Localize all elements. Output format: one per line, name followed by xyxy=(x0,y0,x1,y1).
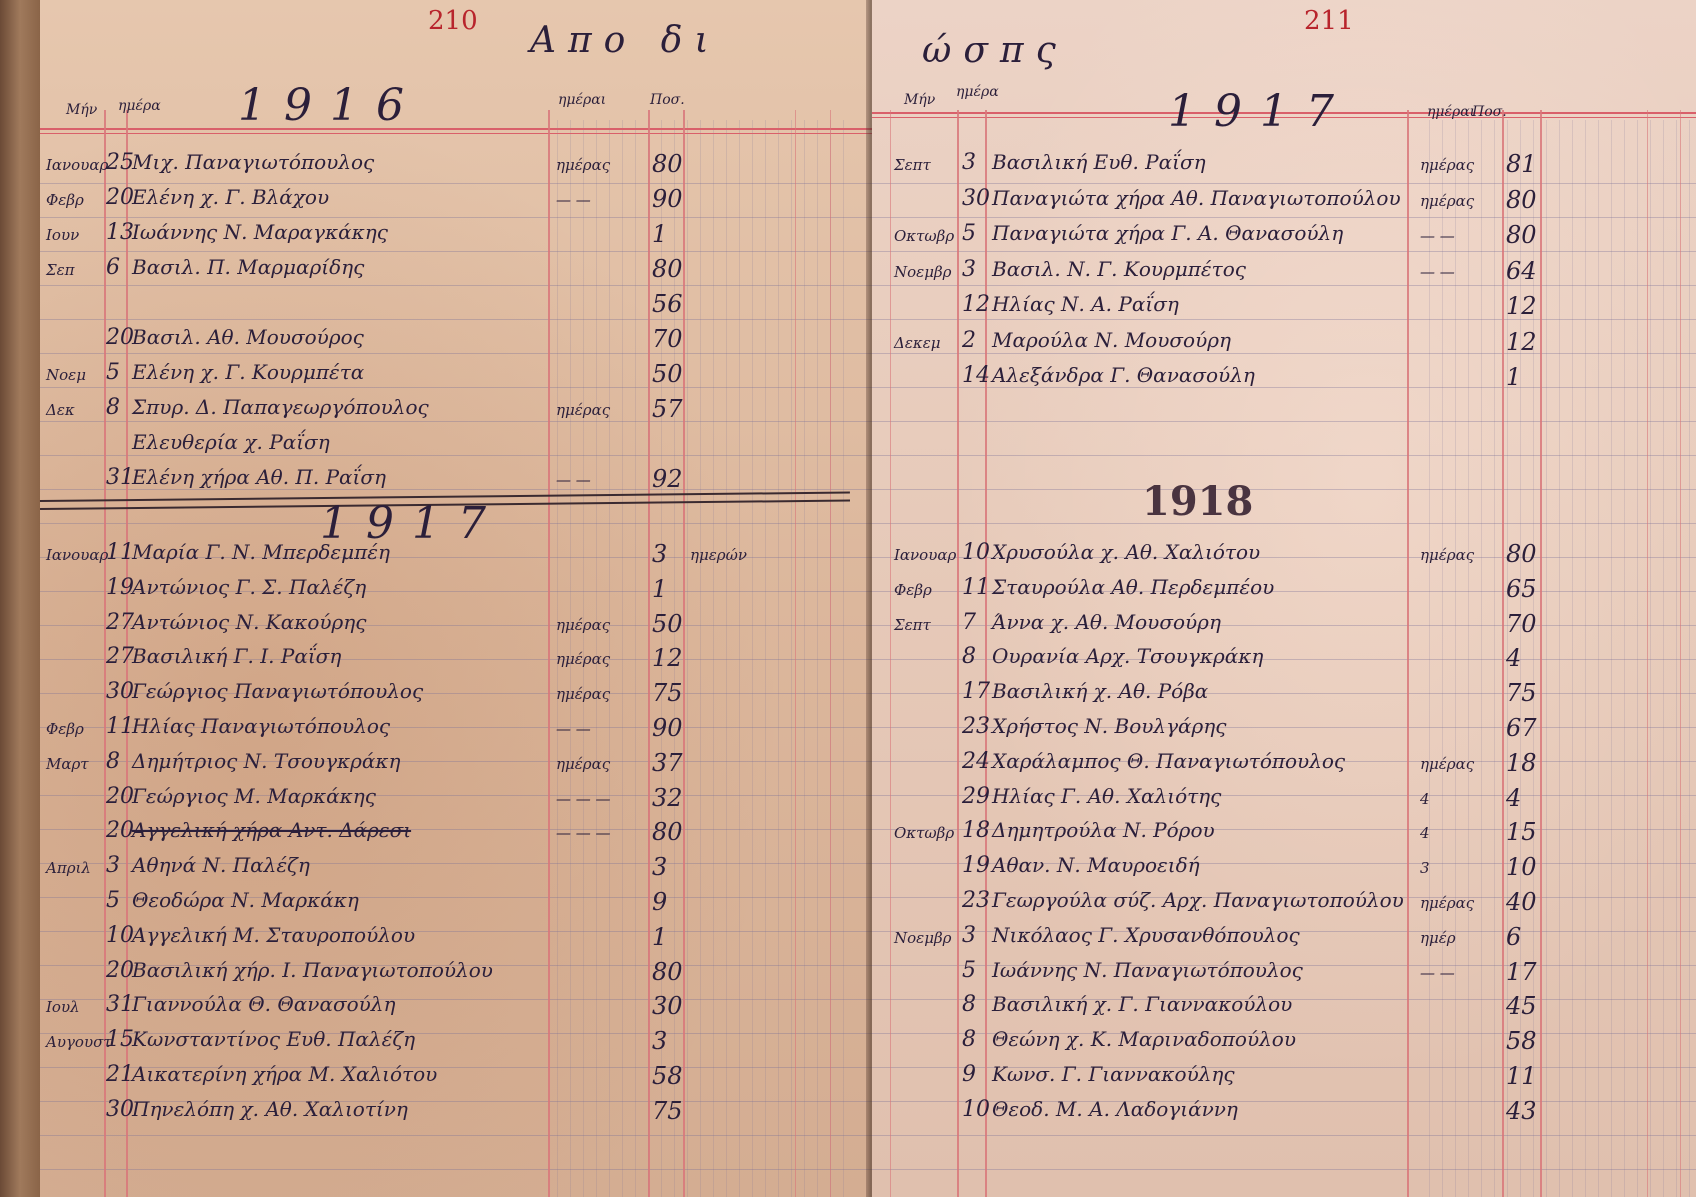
ledger-entry: Δεκεμ2Μαρούλα Ν. Μουσούρη12 xyxy=(872,328,1696,362)
entry-amount: 67 xyxy=(1506,714,1537,742)
entry-amount: 12 xyxy=(1506,328,1537,356)
entry-month: Ιανουαρ xyxy=(46,546,108,564)
entry-note: ημέρας xyxy=(1420,156,1474,174)
ledger-entry: 30Παναγιώτα χήρα Αθ. Παναγιωτοπούλουημέρ… xyxy=(872,186,1696,220)
entry-amount: 3 xyxy=(652,853,667,881)
entry-day: 27 xyxy=(106,610,134,635)
entry-amount: 70 xyxy=(1506,610,1537,638)
entry-amount: 3 xyxy=(652,1027,667,1055)
entry-name: Χαράλαμπος Θ. Παναγιωτόπουλος xyxy=(992,749,1345,773)
entry-name: Αλεξάνδρα Γ. Θανασούλη xyxy=(992,363,1255,387)
entry-name: Ηλίας Ν. Α. Ραΐση xyxy=(992,292,1179,316)
header-day: ημέρα xyxy=(956,84,999,100)
entry-name: Αγγελική χήρα Αντ. Δάρεσι xyxy=(132,818,411,842)
ledger-entry: Ιανουαρ25Μιχ. Παναγιωτόπουλοςημέρας80 xyxy=(0,150,872,184)
entry-amount: 15 xyxy=(1506,818,1537,846)
ledger-entry: 20Βασιλική χήρ. Ι. Παναγιωτοπούλου80 xyxy=(0,958,872,992)
ledger-entry: 23Χρήστος Ν. Βουλγάρης67 xyxy=(872,714,1696,748)
ledger-entry: 8Βασιλική χ. Γ. Γιαννακούλου45 xyxy=(872,992,1696,1026)
entry-name: Βασιλική χήρ. Ι. Παναγιωτοπούλου xyxy=(132,958,493,982)
entry-month: Ιουν xyxy=(46,226,79,244)
entry-name: Μαρία Γ. Ν. Μπερδεμπέη xyxy=(132,540,390,564)
page-number: 211 xyxy=(1304,6,1354,36)
entry-day: 20 xyxy=(106,784,134,809)
entry-name: Βασιλική χ. Γ. Γιαννακούλου xyxy=(992,992,1292,1016)
entry-month: Σεπτ xyxy=(894,156,931,174)
ledger-entry: Ιανουαρ10Χρυσούλα χ. Αθ. Χαλιότουημέρας8… xyxy=(872,540,1696,574)
entry-amount: 11 xyxy=(1506,1062,1537,1090)
entry-name: Αικατερίνη χήρα Μ. Χαλιότου xyxy=(132,1062,437,1086)
entry-day: 23 xyxy=(962,714,990,739)
entry-note: ημέρας xyxy=(556,755,610,773)
entry-day: 30 xyxy=(106,1097,134,1122)
ledger-entry: 23Γεωργούλα σύζ. Αρχ. Παναγιωτοπούλουημέ… xyxy=(872,888,1696,922)
entry-amount: 58 xyxy=(652,1062,683,1090)
entry-amount: 40 xyxy=(1506,888,1537,916)
entry-name: Ελένη χ. Γ. Βλάχου xyxy=(132,185,329,209)
entry-amount: 4 xyxy=(1506,784,1521,812)
ledger-entry: Οκτωβρ18Δημητρούλα Ν. Ρόρου415 xyxy=(872,818,1696,852)
entry-amount: 75 xyxy=(1506,679,1537,707)
entry-amount: 45 xyxy=(1506,992,1537,1020)
header-year: 1916 xyxy=(238,80,422,131)
entry-note: ημέρας xyxy=(556,650,610,668)
entry-month: Αυγουστ xyxy=(46,1033,112,1051)
ledger-book: 210 Aπο δι Μήν ημέρα 1916 ημέραι Ποσ. Ια… xyxy=(0,0,1696,1197)
entry-day: 29 xyxy=(962,784,990,809)
entry-note: — — xyxy=(556,471,591,489)
entry-amount: 58 xyxy=(1506,1027,1537,1055)
entry-month: Νοεμ xyxy=(46,366,86,384)
entry-day: 5 xyxy=(962,958,976,983)
ledger-entry: 14Αλεξάνδρα Γ. Θανασούλη1 xyxy=(872,363,1696,397)
entry-note: ημέρας xyxy=(1420,894,1474,912)
entry-name: Κωνσταντίνος Ευθ. Παλέζη xyxy=(132,1027,415,1051)
entry-name: Πηνελόπη χ. Αθ. Χαλιοτίνη xyxy=(132,1097,408,1121)
entry-day: 5 xyxy=(106,360,120,385)
entry-day: 3 xyxy=(106,853,120,878)
entry-amount: 80 xyxy=(652,255,683,283)
entry-day: 20 xyxy=(106,325,134,350)
entry-day: 30 xyxy=(106,679,134,704)
entry-month: Φεβρ xyxy=(46,191,84,209)
ledger-entry: 8Θεώνη χ. Κ. Μαριναδοπούλου58 xyxy=(872,1027,1696,1061)
entry-name: Ελένη χήρα Αθ. Π. Ραΐση xyxy=(132,465,386,489)
entry-day: 5 xyxy=(106,888,120,913)
entry-amount: 50 xyxy=(652,610,683,638)
entry-amount: 92 xyxy=(652,465,683,493)
entry-amount: 80 xyxy=(1506,221,1537,249)
entry-day: 3 xyxy=(962,923,976,948)
entry-remark: ημερών xyxy=(690,546,747,564)
entry-day: 13 xyxy=(106,220,134,245)
entry-amount: 43 xyxy=(1506,1097,1537,1125)
header-note: ημέραι xyxy=(1427,104,1475,120)
entry-amount: 18 xyxy=(1506,749,1537,777)
entry-name: Θεοδώρα Ν. Μαρκάκη xyxy=(132,888,359,912)
entry-note: ημέρας xyxy=(1420,192,1474,210)
entry-month: Οκτωβρ xyxy=(894,227,954,245)
page-title: Aπο δι xyxy=(530,20,721,61)
entry-day: 12 xyxy=(962,292,990,317)
header-rule xyxy=(40,128,872,130)
entry-name: Άννα χ. Αθ. Μουσούρη xyxy=(992,610,1221,634)
right-page: 211 ώσπς Μήν ημέρα 1917 ημέραι Ποσ. Σεπτ… xyxy=(872,0,1696,1197)
entry-day: 10 xyxy=(962,540,990,565)
header-amount: Ποσ. xyxy=(1472,104,1507,120)
entry-amount: 70 xyxy=(652,325,683,353)
ledger-entry: 20Αγγελική χήρα Αντ. Δάρεσι— — —80 xyxy=(0,818,872,852)
entry-amount: 64 xyxy=(1506,257,1537,285)
entry-day: 19 xyxy=(962,853,990,878)
entry-amount: 81 xyxy=(1506,150,1537,178)
entry-amount: 30 xyxy=(652,992,683,1020)
entry-name: Βασιλική Ευθ. Ραΐση xyxy=(992,150,1206,174)
entry-note: 4 xyxy=(1420,824,1430,842)
entry-month: Σεπ xyxy=(46,261,75,279)
entry-name: Βασιλική χ. Αθ. Ρόβα xyxy=(992,679,1208,703)
entry-name: Κωνσ. Γ. Γιαννακούλης xyxy=(992,1062,1235,1086)
entry-day: 8 xyxy=(962,1027,976,1052)
ledger-entry: Ιουλ31Γιαννούλα Θ. Θανασούλη30 xyxy=(0,992,872,1026)
entry-day: 30 xyxy=(962,186,990,211)
ledger-entry: 27Αντώνιος Ν. Κακούρηςημέρας50 xyxy=(0,610,872,644)
entry-day: 11 xyxy=(106,540,134,565)
entry-day: 25 xyxy=(106,150,134,175)
entry-day: 7 xyxy=(962,610,976,635)
entry-name: Αντώνιος Ν. Κακούρης xyxy=(132,610,367,634)
entry-name: Σπυρ. Δ. Παπαγεωργόπουλος xyxy=(132,395,429,419)
entry-amount: 75 xyxy=(652,679,683,707)
entry-month: Φεβρ xyxy=(46,720,84,738)
header-note: ημέραι xyxy=(558,92,606,108)
entry-day: 27 xyxy=(106,644,134,669)
ledger-entry: 10Αγγελική Μ. Σταυροπούλου1 xyxy=(0,923,872,957)
entry-day: 20 xyxy=(106,818,134,843)
left-page: 210 Aπο δι Μήν ημέρα 1916 ημέραι Ποσ. Ια… xyxy=(0,0,872,1197)
entry-amount: 65 xyxy=(1506,575,1537,603)
entry-note: — — xyxy=(556,720,591,738)
entry-name: Γεώργιος Παναγιωτόπουλος xyxy=(132,679,423,703)
entry-month: Δεκ xyxy=(46,401,75,419)
entry-day: 31 xyxy=(106,465,134,490)
entry-name: Δημητρούλα Ν. Ρόρου xyxy=(992,818,1215,842)
entry-month: Μαρτ xyxy=(46,755,89,773)
entry-name: Βασιλ. Π. Μαρμαρίδης xyxy=(132,255,364,279)
entry-name: Παναγιώτα χήρα Γ. Α. Θανασούλη xyxy=(992,221,1343,245)
entry-month: Ιανουαρ xyxy=(894,546,956,564)
entry-day: 15 xyxy=(106,1027,134,1052)
entry-note: ημέρας xyxy=(556,156,610,174)
entry-name: Γεωργούλα σύζ. Αρχ. Παναγιωτοπούλου xyxy=(992,888,1404,912)
entry-note: ημέρας xyxy=(556,401,610,419)
page-title: ώσπς xyxy=(922,30,1068,71)
entry-name: Ηλίας Γ. Αθ. Χαλιότης xyxy=(992,784,1221,808)
ledger-entry: 5Ιωάννης Ν. Παναγιωτόπουλος— —17 xyxy=(872,958,1696,992)
entry-note: — — — xyxy=(556,824,611,842)
entry-month: Νοεμβρ xyxy=(894,929,951,947)
entry-amount: 80 xyxy=(652,958,683,986)
entry-name: Μαρούλα Ν. Μουσούρη xyxy=(992,328,1231,352)
ledger-entry: Ιουν13Ιωάννης Ν. Μαραγκάκης1 xyxy=(0,220,872,254)
entry-day: 11 xyxy=(962,575,990,600)
entry-amount: 56 xyxy=(652,290,683,318)
entry-name: Σταυρούλα Αθ. Περδεμπέου xyxy=(992,575,1274,599)
entry-day: 17 xyxy=(962,679,990,704)
entry-name: Θεώνη χ. Κ. Μαριναδοπούλου xyxy=(992,1027,1296,1051)
entry-amount: 9 xyxy=(652,888,667,916)
entry-name: Μιχ. Παναγιωτόπουλος xyxy=(132,150,374,174)
entry-day: 20 xyxy=(106,185,134,210)
entry-amount: 80 xyxy=(1506,186,1537,214)
entry-month: Ιανουαρ xyxy=(46,156,108,174)
entry-name: Παναγιώτα χήρα Αθ. Παναγιωτοπούλου xyxy=(992,186,1401,210)
entry-name: Βασιλ. Αθ. Μουσούρος xyxy=(132,325,364,349)
entry-amount: 6 xyxy=(1506,923,1521,951)
entry-amount: 1 xyxy=(652,923,667,951)
entry-day: 11 xyxy=(106,714,134,739)
ledger-entry: Νοεμβρ3Βασιλ. Ν. Γ. Κουρμπέτος— —64 xyxy=(872,257,1696,291)
entry-amount: 50 xyxy=(652,360,683,388)
entry-name: Ελευθερία χ. Ραΐση xyxy=(132,430,330,454)
ledger-entry: 5Θεοδώρα Ν. Μαρκάκη9 xyxy=(0,888,872,922)
entry-name: Γεώργιος Μ. Μαρκάκης xyxy=(132,784,376,808)
entry-month: Απριλ xyxy=(46,859,91,877)
entry-note: — — xyxy=(556,191,591,209)
ledger-entry: 9Κωνσ. Γ. Γιαννακούλης11 xyxy=(872,1062,1696,1096)
entry-day: 8 xyxy=(106,395,120,420)
entry-name: Ιωάννης Ν. Μαραγκάκης xyxy=(132,220,388,244)
entry-day: 6 xyxy=(106,255,120,280)
entry-day: 23 xyxy=(962,888,990,913)
entry-amount: 80 xyxy=(652,818,683,846)
entry-amount: 75 xyxy=(652,1097,683,1125)
entry-amount: 12 xyxy=(1506,292,1537,320)
entry-amount: 12 xyxy=(652,644,683,672)
entry-day: 20 xyxy=(106,958,134,983)
entry-amount: 90 xyxy=(652,185,683,213)
entry-amount: 1 xyxy=(652,220,667,248)
entry-day: 8 xyxy=(962,992,976,1017)
entry-day: 2 xyxy=(962,328,976,353)
ledger-entry: Δεκ8Σπυρ. Δ. Παπαγεωργόπουλοςημέρας57 xyxy=(0,395,872,429)
ledger-entry: Απριλ3Αθηνά Ν. Παλέζη3 xyxy=(0,853,872,887)
entry-amount: 90 xyxy=(652,714,683,742)
entry-day: 31 xyxy=(106,992,134,1017)
entry-note: ημέρας xyxy=(1420,755,1474,773)
ledger-entry: Ελευθερία χ. Ραΐση xyxy=(0,430,872,464)
ledger-entry: Σεπ6Βασιλ. Π. Μαρμαρίδης80 xyxy=(0,255,872,289)
entry-month: Νοεμβρ xyxy=(894,263,951,281)
entry-note: ημέρας xyxy=(556,616,610,634)
entry-note: ημέρ xyxy=(1420,929,1456,947)
entry-amount: 10 xyxy=(1506,853,1537,881)
entry-amount: 57 xyxy=(652,395,683,423)
entry-day: 3 xyxy=(962,150,976,175)
entry-month: Φεβρ xyxy=(894,581,932,599)
entry-month: Σεπτ xyxy=(894,616,931,634)
entry-amount: 1 xyxy=(652,575,667,603)
entry-day: 24 xyxy=(962,749,990,774)
entry-name: Αθηνά Ν. Παλέζη xyxy=(132,853,310,877)
ledger-entry: 56 xyxy=(0,290,872,324)
entry-amount: 1 xyxy=(1506,363,1521,391)
entry-day: 5 xyxy=(962,221,976,246)
ledger-entry: Αυγουστ15Κωνσταντίνος Ευθ. Παλέζη3 xyxy=(0,1027,872,1061)
ledger-entry: Ιανουαρ11Μαρία Γ. Ν. Μπερδεμπέη3ημερών xyxy=(0,540,872,574)
entry-day: 9 xyxy=(962,1062,976,1087)
entry-name: Νικόλαος Γ. Χρυσανθόπουλος xyxy=(992,923,1300,947)
entry-name: Δημήτριος Ν. Τσουγκράκη xyxy=(132,749,401,773)
entry-month: Δεκεμ xyxy=(894,334,941,352)
ledger-entry: 20Βασιλ. Αθ. Μουσούρος70 xyxy=(0,325,872,359)
ledger-entry: Σεπτ3Βασιλική Ευθ. Ραΐσηημέρας81 xyxy=(872,150,1696,184)
page-number: 210 xyxy=(428,6,478,36)
ledger-entry: 30Γεώργιος Παναγιωτόπουλοςημέρας75 xyxy=(0,679,872,713)
entry-amount: 80 xyxy=(1506,540,1537,568)
entry-note: 3 xyxy=(1420,859,1430,877)
entry-day: 10 xyxy=(106,923,134,948)
entry-day: 3 xyxy=(962,257,976,282)
entry-name: Θεοδ. Μ. Α. Λαδογιάννη xyxy=(992,1097,1238,1121)
entry-name: Ηλίας Παναγιωτόπουλος xyxy=(132,714,390,738)
entry-note: ημέρας xyxy=(556,685,610,703)
entry-note: ημέρας xyxy=(1420,546,1474,564)
entry-day: 19 xyxy=(106,575,134,600)
header-day: ημέρα xyxy=(118,98,161,114)
header-month: Μήν xyxy=(66,102,97,118)
ledger-entry: Μαρτ8Δημήτριος Ν. Τσουγκράκηημέρας37 xyxy=(0,749,872,783)
ledger-entry: Νοεμ5Ελένη χ. Γ. Κουρμπέτα50 xyxy=(0,360,872,394)
header-rule-thin xyxy=(40,133,872,134)
entry-note: — — xyxy=(1420,227,1455,245)
entry-day: 8 xyxy=(106,749,120,774)
entry-amount: 3 xyxy=(652,540,667,568)
entry-amount: 4 xyxy=(1506,644,1521,672)
entry-name: Βασιλική Γ. Ι. Ραΐση xyxy=(132,644,341,668)
entry-name: Αντώνιος Γ. Σ. Παλέζη xyxy=(132,575,366,599)
entry-note: — — — xyxy=(556,790,611,808)
ledger-entry: Σεπτ7Άννα χ. Αθ. Μουσούρη70 xyxy=(872,610,1696,644)
header-month: Μήν xyxy=(904,92,935,108)
ledger-entry: 24Χαράλαμπος Θ. Παναγιωτόπουλοςημέρας18 xyxy=(872,749,1696,783)
entry-name: Αθαν. Ν. Μαυροειδή xyxy=(992,853,1200,877)
ledger-entry: 20Γεώργιος Μ. Μαρκάκης— — —32 xyxy=(0,784,872,818)
entry-note: — — xyxy=(1420,964,1455,982)
entry-note: 4 xyxy=(1420,790,1430,808)
ledger-entry: Φεβρ11Σταυρούλα Αθ. Περδεμπέου65 xyxy=(872,575,1696,609)
entry-amount: 17 xyxy=(1506,958,1537,986)
entry-name: Βασιλ. Ν. Γ. Κουρμπέτος xyxy=(992,257,1246,281)
ledger-entry: Νοεμβρ3Νικόλαος Γ. Χρυσανθόπουλοςημέρ6 xyxy=(872,923,1696,957)
ledger-entry: 8Ουρανία Αρχ. Τσουγκράκη4 xyxy=(872,644,1696,678)
ledger-entry: 27Βασιλική Γ. Ι. Ραΐσηημέρας12 xyxy=(0,644,872,678)
ledger-entry: Φεβρ20Ελένη χ. Γ. Βλάχου— —90 xyxy=(0,185,872,219)
entry-amount: 37 xyxy=(652,749,683,777)
ledger-entry: 10Θεοδ. Μ. Α. Λαδογιάννη43 xyxy=(872,1097,1696,1131)
ledger-entry: 29Ηλίας Γ. Αθ. Χαλιότης44 xyxy=(872,784,1696,818)
entry-month: Ιουλ xyxy=(46,998,80,1016)
entry-day: 21 xyxy=(106,1062,134,1087)
ledger-entry: Οκτωβρ5Παναγιώτα χήρα Γ. Α. Θανασούλη— —… xyxy=(872,221,1696,255)
ledger-entry: Φεβρ11Ηλίας Παναγιωτόπουλος— —90 xyxy=(0,714,872,748)
ledger-entry: 19Αθαν. Ν. Μαυροειδή310 xyxy=(872,853,1696,887)
entry-note: — — xyxy=(1420,263,1455,281)
header-amount: Ποσ. xyxy=(650,92,685,108)
entry-month: Οκτωβρ xyxy=(894,824,954,842)
entry-name: Χρήστος Ν. Βουλγάρης xyxy=(992,714,1226,738)
ledger-entry: 12Ηλίας Ν. Α. Ραΐση12 xyxy=(872,292,1696,326)
entry-day: 8 xyxy=(962,644,976,669)
entry-name: Χρυσούλα χ. Αθ. Χαλιότου xyxy=(992,540,1260,564)
ledger-entry: 17Βασιλική χ. Αθ. Ρόβα75 xyxy=(872,679,1696,713)
entry-amount: 32 xyxy=(652,784,683,812)
entry-day: 10 xyxy=(962,1097,990,1122)
header-year: 1917 xyxy=(1168,86,1352,137)
ledger-entry: 30Πηνελόπη χ. Αθ. Χαλιοτίνη75 xyxy=(0,1097,872,1131)
entry-name: Γιαννούλα Θ. Θανασούλη xyxy=(132,992,395,1016)
entry-name: Ιωάννης Ν. Παναγιωτόπουλος xyxy=(992,958,1303,982)
entry-amount: 80 xyxy=(652,150,683,178)
entry-name: Ουρανία Αρχ. Τσουγκράκη xyxy=(992,644,1263,668)
section-year: 1918 xyxy=(1142,478,1253,525)
entry-name: Αγγελική Μ. Σταυροπούλου xyxy=(132,923,415,947)
entry-day: 18 xyxy=(962,818,990,843)
ledger-entry: 19Αντώνιος Γ. Σ. Παλέζη1 xyxy=(0,575,872,609)
entry-day: 14 xyxy=(962,363,990,388)
entry-name: Ελένη χ. Γ. Κουρμπέτα xyxy=(132,360,364,384)
ledger-entry: 21Αικατερίνη χήρα Μ. Χαλιότου58 xyxy=(0,1062,872,1096)
